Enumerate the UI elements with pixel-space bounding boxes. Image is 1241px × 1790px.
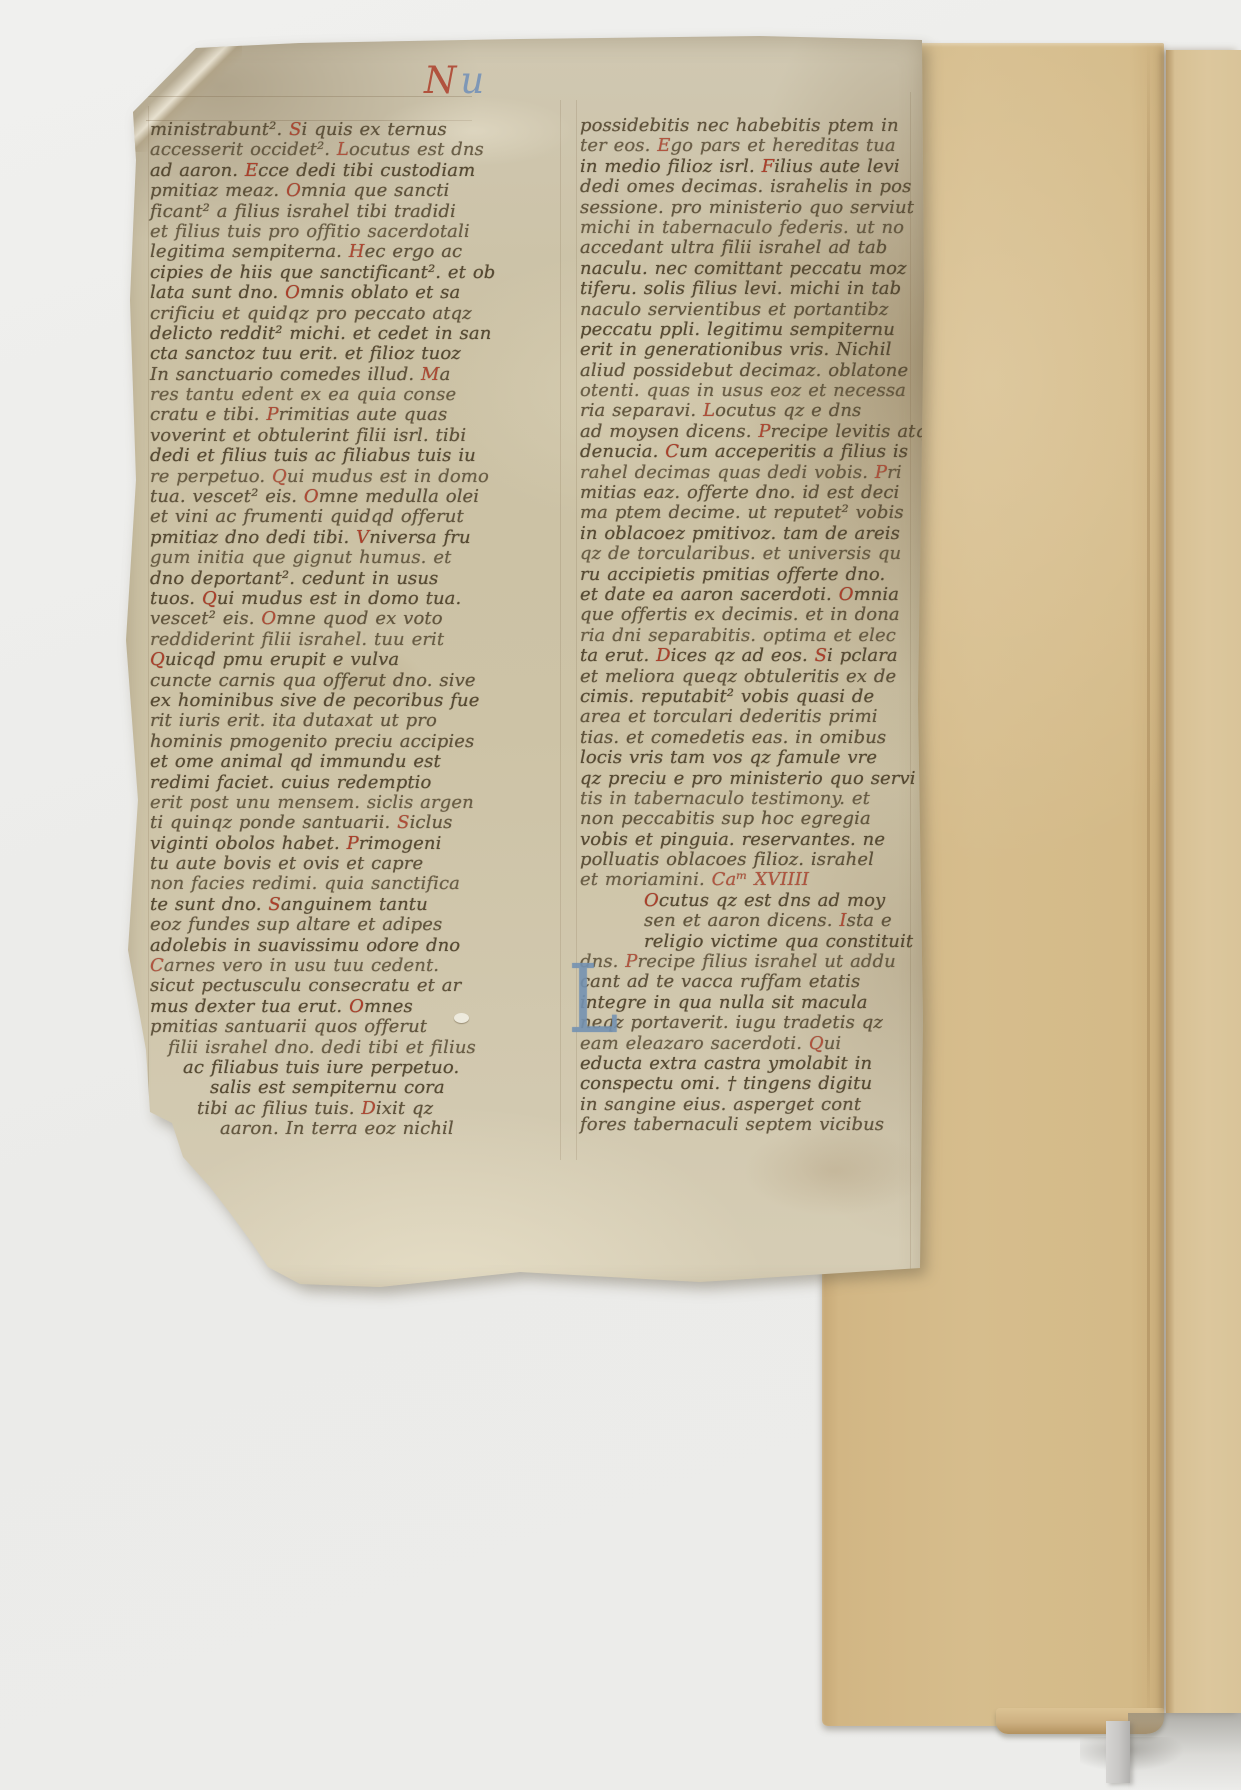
ruling-line [148, 106, 149, 1146]
text-line: mus dexter tua erut. Omnes [150, 997, 522, 1017]
text-line: dno deportant². cedunt in usus [150, 569, 522, 589]
text-line: cimis. reputabit² vobis quasi de [580, 687, 924, 707]
text-line: et vini ac frumenti quidqd offerut [150, 507, 522, 527]
text-line: res tantu edent ex ea quia conse [150, 385, 522, 405]
text-line: cuncte carnis qua offerut dno. sive [150, 671, 522, 691]
text-line: eoz fundes sup altare et adipes [150, 915, 522, 935]
text-line: que offertis ex decimis. et in dona [580, 605, 924, 625]
ruling-line [576, 100, 577, 1160]
manuscript-photo: Nu ministrabunt². Si quis ex ternusacces… [0, 0, 1241, 1790]
text-line: redimi faciet. cuius redemptio [150, 773, 522, 793]
text-line: cratu e tibi. Primitias aute quas [150, 405, 522, 425]
text-line: ad aaron. Ecce dedi tibi custodiam [150, 161, 522, 181]
text-line: lata sunt dno. Omnis oblato et sa [150, 283, 522, 303]
text-line: et moriamini. Caᵐ XVIIII [580, 870, 924, 890]
text-line: in medio filioz isrl. Filius aute levi [580, 157, 924, 177]
text-line: possidebitis nec habebitis ptem in [580, 116, 924, 136]
text-column-left: ministrabunt². Si quis ex ternusaccesser… [150, 120, 522, 1140]
text-line: michi in tabernaculo federis. ut no [580, 218, 924, 238]
text-line: otenti. quas in usus eoz et necessa [580, 381, 924, 401]
text-line: aliud possidebut decimaz. oblatone [580, 361, 924, 381]
text-line: conspectu omi. † tingens digitu [580, 1074, 924, 1094]
text-line: te sunt dno. Sanguinem tantu [150, 895, 522, 915]
folded-corner [124, 36, 242, 152]
text-line: educta extra castra ymolabit in [580, 1054, 924, 1074]
text-line: non facies redimi. quia sanctifica [150, 874, 522, 894]
text-line: et ome animal qd immundu est [150, 752, 522, 772]
text-line: sen et aaron dicens. Ista e [580, 911, 924, 931]
text-line: religio victime qua constituit [580, 932, 924, 952]
text-line: vescet² eis. Omne quod ex voto [150, 609, 522, 629]
text-line: tiferu. solis filius levi. michi in tab [580, 279, 924, 299]
parchment-wrap: Nu ministrabunt². Si quis ex ternusacces… [124, 36, 926, 1292]
text-line: neqz portaverit. iugu tradetis qz [580, 1013, 924, 1033]
running-title-letter-red: N [424, 59, 456, 102]
text-line: fores tabernaculi septem vicibus [580, 1115, 924, 1135]
ribbon-shadow [1080, 1737, 1210, 1789]
text-line: in sangine eius. asperget cont [580, 1095, 924, 1115]
text-line: ma ptem decime. ut reputet² vobis [580, 503, 924, 523]
text-line: locis vris tam vos qz famule vre [580, 748, 924, 768]
text-line: ria dni separabitis. optima et elec [580, 626, 924, 646]
ruling-line [146, 120, 472, 121]
text-line: gum initia que gignut humus. et [150, 548, 522, 568]
text-line: filii israhel dno. dedi tibi et filius [150, 1038, 522, 1058]
text-line: dns. Precipe filius israhel ut addu [580, 952, 924, 972]
stain [664, 206, 814, 316]
text-line: polluatis oblacoes filioz. israhel [580, 850, 924, 870]
text-line: ficant² a filius israhel tibi tradidi [150, 202, 522, 222]
text-line: In sanctuario comedes illud. Ma [150, 365, 522, 385]
text-line: in oblacoez pmitivoz. tam de areis [580, 524, 924, 544]
text-line: pmitias santuarii quos offerut [150, 1017, 522, 1037]
text-line: reddiderint filii israhel. tuu erit [150, 630, 522, 650]
text-line: voverint et obtulerint filii isrl. tibi [150, 426, 522, 446]
text-line: sessione. pro ministerio quo serviut [580, 198, 924, 218]
text-column-right: possidebitis nec habebitis ptem inter eo… [580, 116, 924, 1136]
text-line: tis in tabernaculo testimony. et [580, 789, 924, 809]
text-line: crificiu et quidqz pro peccato atqz [150, 304, 522, 324]
text-line: area et torculari dederitis primi [580, 707, 924, 727]
text-line: vobis et pinguia. reservantes. ne [580, 830, 924, 850]
text-line: ac filiabus tuis iure perpetuo. [150, 1058, 522, 1078]
text-line: tibi ac filius tuis. Dixit qz [150, 1099, 522, 1119]
text-line: Ocutus qz est dns ad moy [580, 891, 924, 911]
text-line: pmitiaz dno dedi tibi. Vniversa fru [150, 528, 522, 548]
stain [744, 1126, 924, 1216]
text-line: tu aute bovis et ovis et capre [150, 854, 522, 874]
text-line: cta sanctoz tuu erit. et filioz tuoz [150, 344, 522, 364]
text-line: ter eos. Ego pars et hereditas tua [580, 136, 924, 156]
text-line: aaron. In terra eoz nichil [150, 1119, 522, 1139]
text-line: delicto reddit² michi. et cedet in san [150, 324, 522, 344]
text-line: legitima sempiterna. Hec ergo ac [150, 242, 522, 262]
text-line: accedant ultra filii israhel ad tab [580, 238, 924, 258]
stain [374, 96, 574, 166]
text-line: viginti obolos habet. Primogeni [150, 834, 522, 854]
text-line: rit iuris erit. ita dutaxat ut pro [150, 711, 522, 731]
parchment-fragment: Nu ministrabunt². Si quis ex ternusacces… [124, 36, 926, 1292]
text-line: ta erut. Dices qz ad eos. Si pclara [580, 646, 924, 666]
text-line: denucia. Cum acceperitis a filius is [580, 442, 924, 462]
text-line: tuos. Qui mudus est in domo tua. [150, 589, 522, 609]
text-line: cant ad te vacca ruffam etatis [580, 972, 924, 992]
board-strip [1166, 50, 1241, 1713]
text-line: accesserit occidet². Locutus est dns [150, 140, 522, 160]
text-line: dedi et filius tuis ac filiabus tuis iu [150, 446, 522, 466]
text-line: adolebis in suavissimu odore dno [150, 936, 522, 956]
text-line: hominis pmogenito preciu accipies [150, 732, 522, 752]
text-line: erit in generationibus vris. Nichil [580, 340, 924, 360]
ruling-line [910, 92, 911, 1282]
text-line: non peccabitis sup hoc egregia [580, 809, 924, 829]
board-crease [1147, 43, 1150, 1726]
text-line: qz preciu e pro ministerio quo servi [580, 769, 924, 789]
chapter-initial: L [568, 952, 618, 1047]
parchment-hole [454, 1013, 469, 1023]
bookmark-ribbon [1106, 1721, 1130, 1783]
text-line: ex hominibus sive de pecoribus fue [150, 691, 522, 711]
text-line: mitias eaz. offerte dno. id est deci [580, 483, 924, 503]
text-line: re perpetuo. Qui mudus est in domo [150, 467, 522, 487]
stain [314, 646, 424, 716]
text-line: rahel decimas quas dedi vobis. Pri [580, 463, 924, 483]
text-line: tua. vescet² eis. Omne medulla olei [150, 487, 522, 507]
text-line: ti quinqz ponde santuarii. Siclus [150, 813, 522, 833]
ruling-line [146, 96, 472, 97]
text-line: qz de torcularibus. et universis qu [580, 544, 924, 564]
text-line: ad moysen dicens. Precipe levitis atq [580, 422, 924, 442]
text-line: dedi omes decimas. israhelis in pos [580, 177, 924, 197]
text-line: et meliora queqz obtuleritis ex de [580, 667, 924, 687]
text-line: peccatu ppli. legitimu sempiternu [580, 320, 924, 340]
text-line: Carnes vero in usu tuu cedent. [150, 956, 522, 976]
text-line: ria separavi. Locutus qz e dns [580, 401, 924, 421]
text-line: Quicqd pmu erupit e vulva [150, 650, 522, 670]
ruling-line [560, 100, 561, 1160]
running-title: Nu [424, 62, 484, 99]
text-line: eam eleazaro sacerdoti. Qui [580, 1034, 924, 1054]
text-line: integre in qua nulla sit macula [580, 993, 924, 1013]
text-line: ru accipietis pmitias offerte dno. [580, 565, 924, 585]
text-line: ministrabunt². Si quis ex ternus [150, 120, 522, 140]
text-line: et date ea aaron sacerdoti. Omnia [580, 585, 924, 605]
text-line: erit post unu mensem. siclis argen [150, 793, 522, 813]
text-line: pmitiaz meaz. Omnia que sancti [150, 181, 522, 201]
text-line: et filius tuis pro offitio sacerdotali [150, 222, 522, 242]
text-line: naculo servientibus et portantibz [580, 300, 924, 320]
text-line: sicut pectusculu consecratu et ar [150, 976, 522, 996]
text-line: cipies de hiis que sanctificant². et ob [150, 263, 522, 283]
text-line: salis est sempiternu cora [150, 1078, 522, 1098]
running-title-letter-blue: u [460, 59, 484, 102]
text-line: tias. et comedetis eas. in omibus [580, 728, 924, 748]
text-line: naculu. nec comittant peccatu moz [580, 259, 924, 279]
